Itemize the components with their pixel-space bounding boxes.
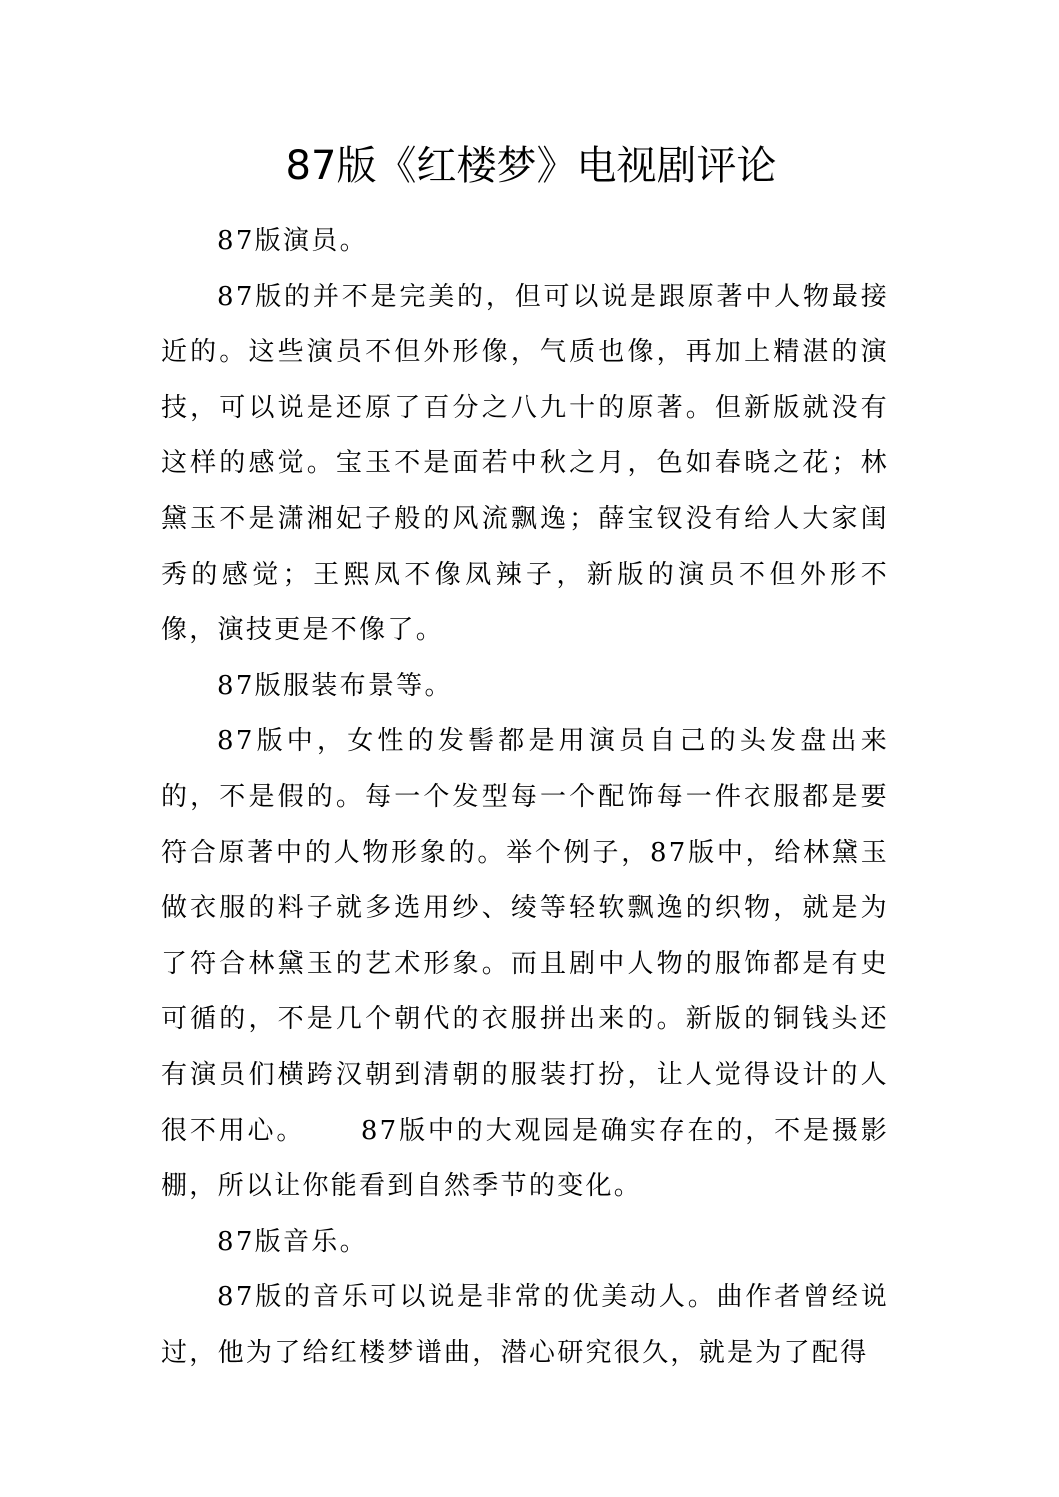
section-heading-music: 87版音乐。 (161, 1215, 889, 1271)
paragraph-actors: 87版的并不是完美的，但可以说是跟原著中人物最接近的。这些演员不但外形像，气质也… (161, 270, 889, 659)
section-heading-actors: 87版演员。 (161, 214, 889, 270)
document-body: 87版演员。 87版的并不是完美的，但可以说是跟原著中人物最接近的。这些演员不但… (161, 214, 889, 1381)
paragraph-music: 87版的音乐可以说是非常的优美动人。曲作者曾经说过，他为了给红楼梦谱曲，潜心研究… (161, 1270, 889, 1381)
document-title: 87版《红楼梦》电视剧评论 (161, 138, 901, 194)
section-heading-costumes: 87版服装布景等。 (161, 659, 889, 715)
paragraph-costumes: 87版中，女性的发髻都是用演员自己的头发盘出来的，不是假的。每一个发型每一个配饰… (161, 714, 889, 1214)
